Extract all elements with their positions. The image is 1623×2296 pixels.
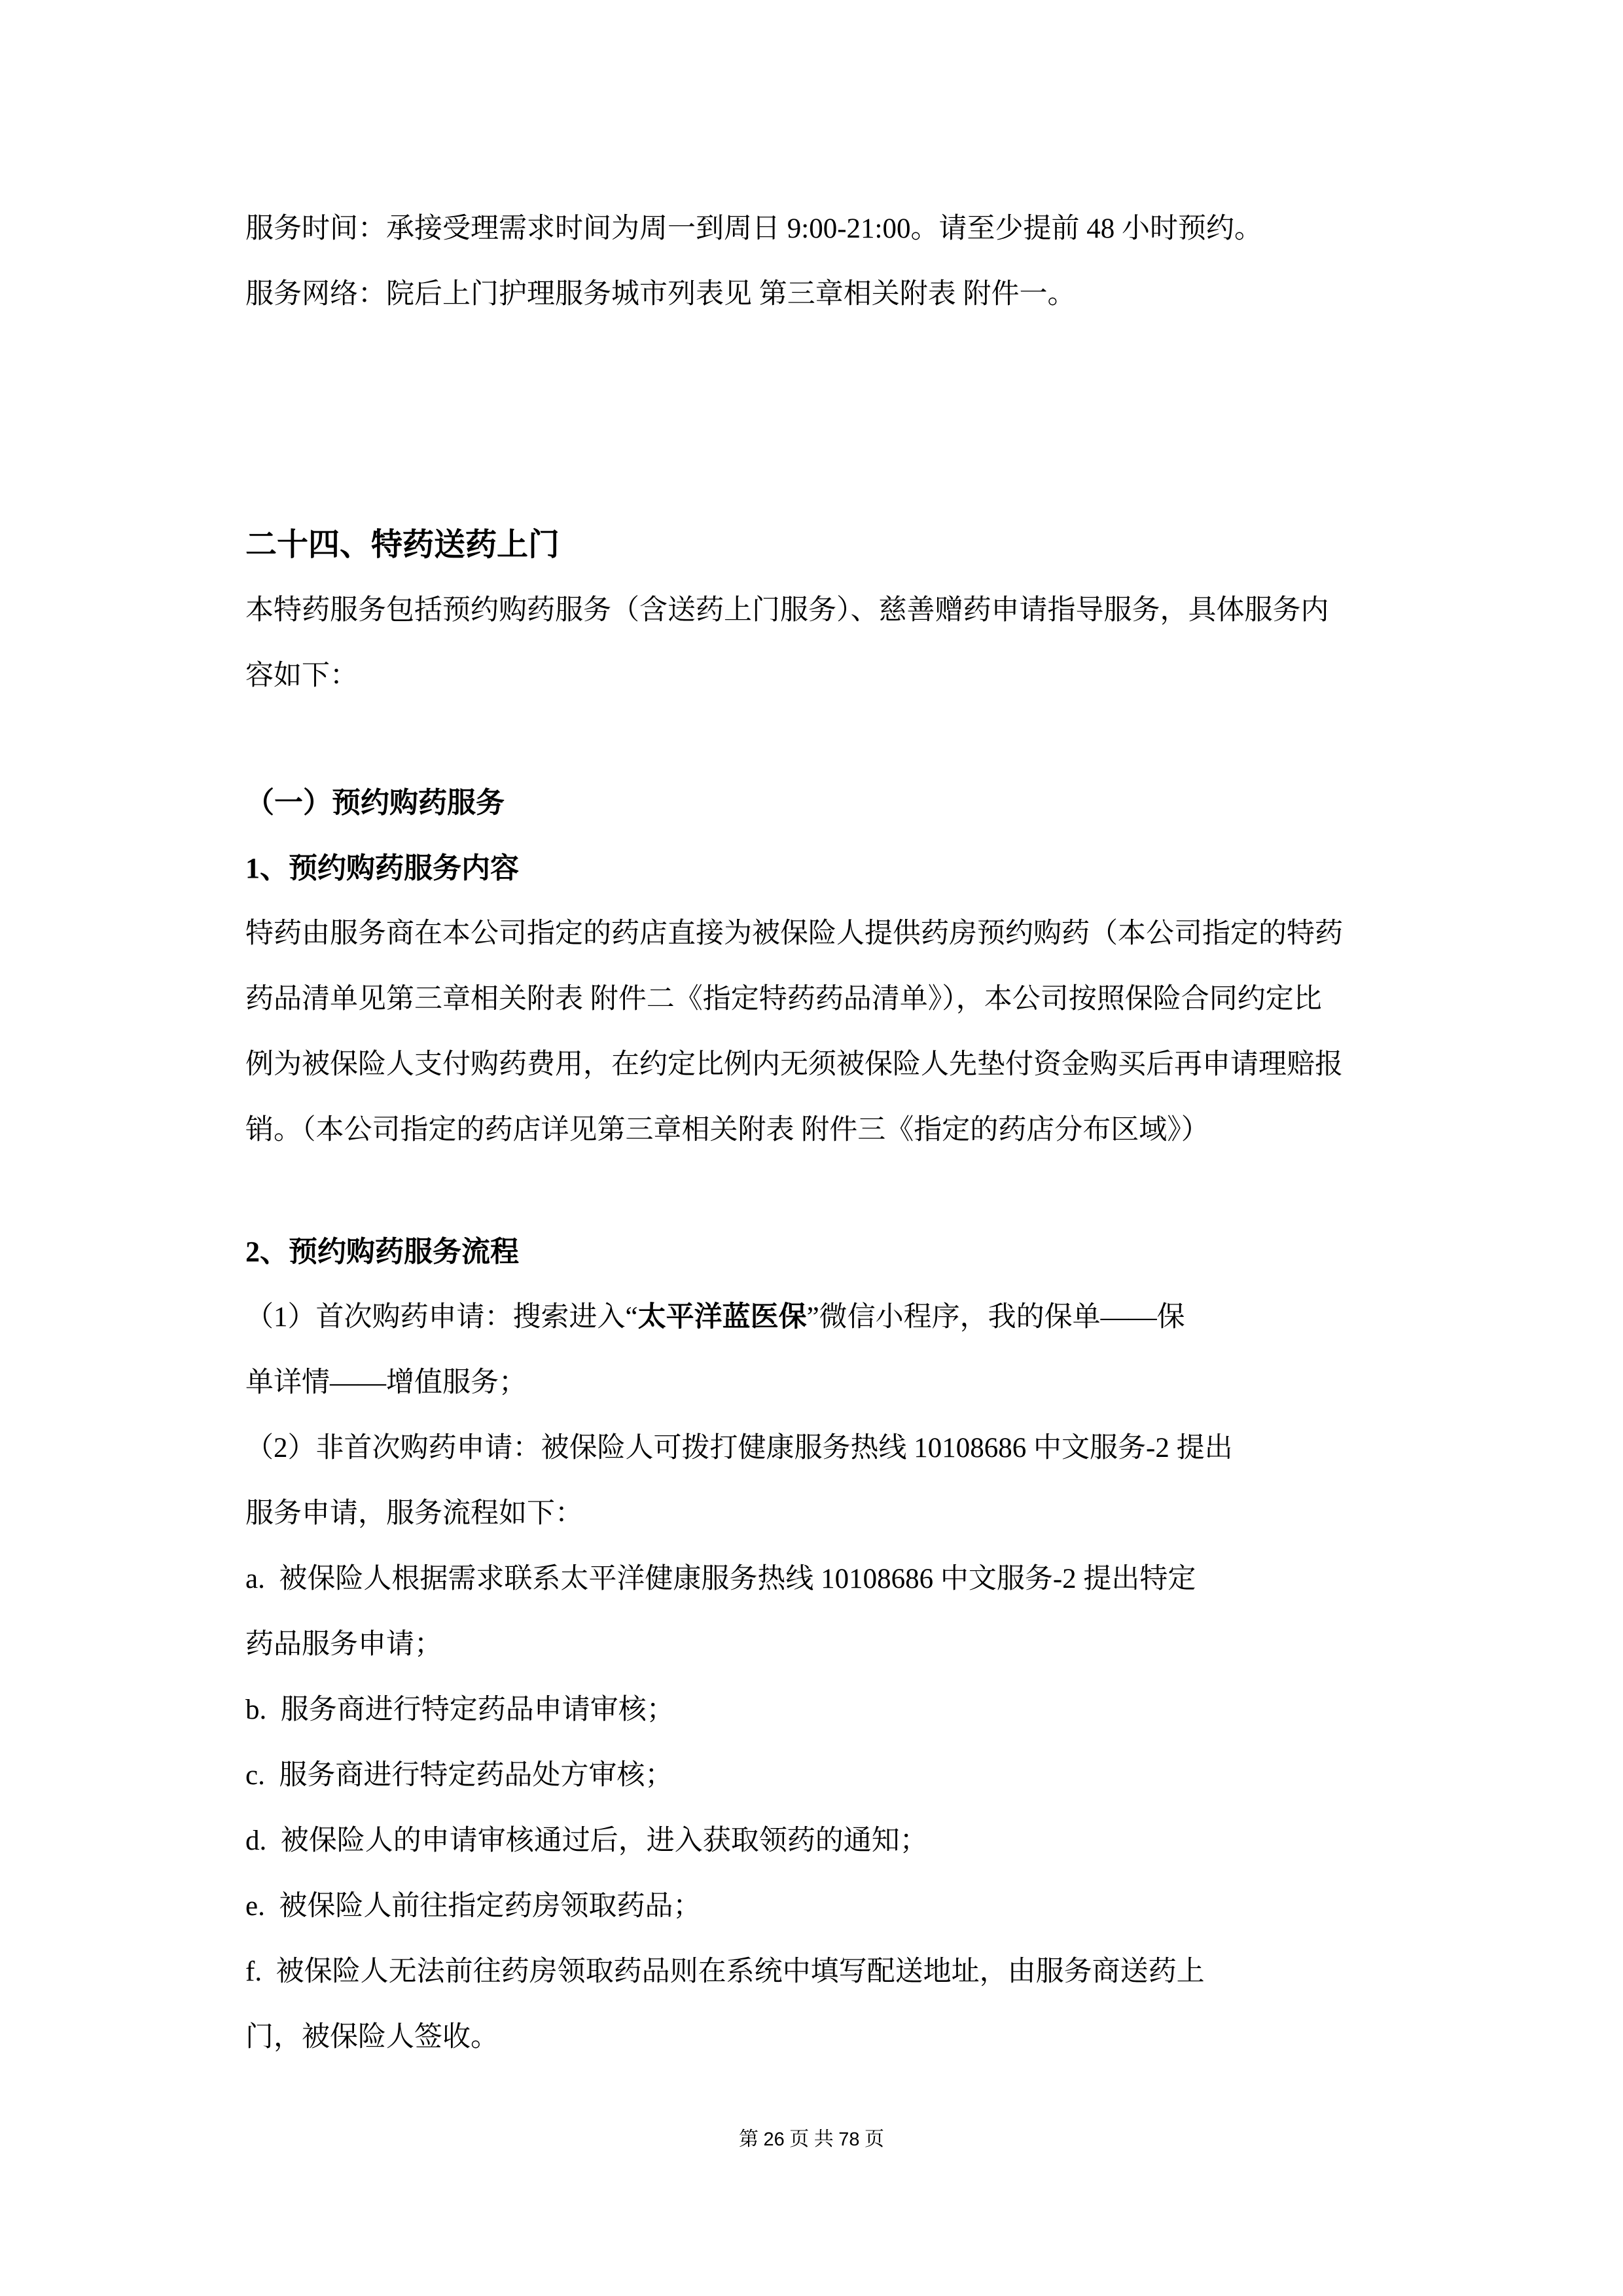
footer-prefix: 第 <box>739 2128 764 2150</box>
page-footer: 第 26 页 共 78 页 <box>0 2125 1623 2154</box>
section-24-intro-line-2: 容如下： <box>245 643 1381 709</box>
section-24-intro-line-1: 本特药服务包括预约购药服务（含送药上门服务）、慈善赠药申请指导服务，具体服务内 <box>245 578 1381 643</box>
service-time-line: 服务时间：承接受理需求时间为周一到周日 9:00-21:00。请至少提前 48 … <box>245 196 1381 262</box>
document-body: 服务时间：承接受理需求时间为周一到周日 9:00-21:00。请至少提前 48 … <box>245 196 1381 2070</box>
flow-item-a-line-1: a. 被保险人根据需求联系太平洋健康服务热线 10108686 中文服务-2 提… <box>245 1547 1381 1612</box>
service-network-line: 服务网络：院后上门护理服务城市列表见 第三章相关附表 附件一。 <box>245 262 1381 327</box>
section-24-heading: 二十四、特药送药上门 <box>245 512 1381 578</box>
flow-item-d: d. 被保险人的申请审核通过后，进入获取领药的通知； <box>245 1808 1381 1874</box>
flow-item-b: b. 服务商进行特定药品申请审核； <box>245 1677 1381 1743</box>
sub-1-heading: 1、预约购药服务内容 <box>245 836 1381 901</box>
brand-name: 太平洋蓝医保 <box>638 1302 807 1333</box>
step-1-prefix: （1）首次购药申请：搜索进入“ <box>245 1302 638 1333</box>
footer-suffix: 页 <box>860 2128 885 2150</box>
sub-2-heading: 2、预约购药服务流程 <box>245 1219 1381 1285</box>
sub-1-body-line-3: 例为被保险人支付购药费用，在约定比例内无须被保险人先垫付资金购买后再申请理赔报 <box>245 1032 1381 1098</box>
step-1-line-2: 单详情——增值服务； <box>245 1350 1381 1416</box>
flow-item-a-line-2: 药品服务申请； <box>245 1612 1381 1677</box>
sub-1-body-line-2: 药品清单见第三章相关附表 附件二《指定特药药品清单》），本公司按照保险合同约定比 <box>245 967 1381 1032</box>
document-page: 服务时间：承接受理需求时间为周一到周日 9:00-21:00。请至少提前 48 … <box>0 0 1623 2296</box>
flow-item-f-line-1: f. 被保险人无法前往药房领取药品则在系统中填写配送地址，由服务商送药上 <box>245 1939 1381 2005</box>
sub-1-body-line-1: 特药由服务商在本公司指定的药店直接为被保险人提供药房预约购药（本公司指定的特药 <box>245 901 1381 967</box>
footer-middle: 页 共 <box>785 2128 839 2150</box>
step-1-line-1: （1）首次购药申请：搜索进入“太平洋蓝医保”微信小程序，我的保单——保 <box>245 1285 1381 1350</box>
step-2-line-2: 服务申请，服务流程如下： <box>245 1481 1381 1547</box>
flow-item-f-line-2: 门，被保险人签收。 <box>245 2005 1381 2070</box>
flow-item-c: c. 服务商进行特定药品处方审核； <box>245 1743 1381 1808</box>
part-1-heading: （一）预约购药服务 <box>245 770 1381 836</box>
sub-1-body-line-4: 销。（本公司指定的药店详见第三章相关附表 附件三《指定的药店分布区域》） <box>245 1098 1381 1163</box>
step-2-line-1: （2）非首次购药申请：被保险人可拨打健康服务热线 10108686 中文服务-2… <box>245 1416 1381 1481</box>
footer-total-pages: 78 <box>838 2129 859 2150</box>
step-1-suffix: ”微信小程序，我的保单——保 <box>807 1302 1185 1333</box>
footer-page-number: 26 <box>763 2129 784 2150</box>
flow-item-e: e. 被保险人前往指定药房领取药品； <box>245 1874 1381 1939</box>
